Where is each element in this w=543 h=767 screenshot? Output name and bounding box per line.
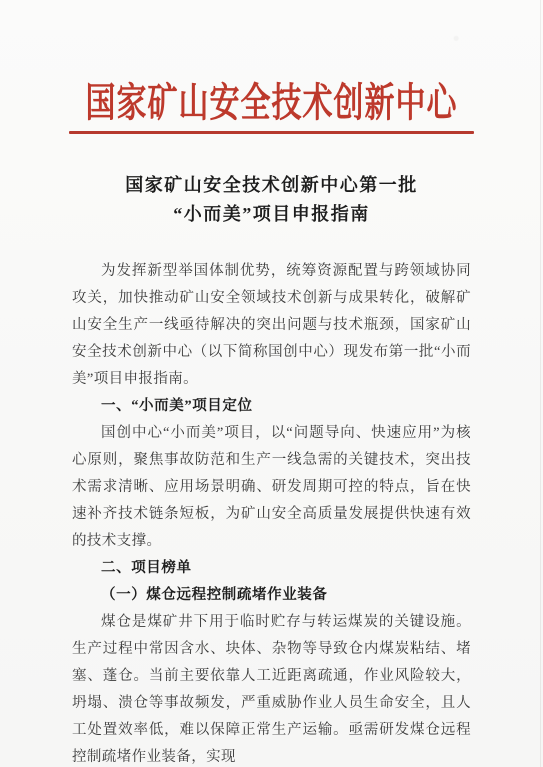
section-2-1-paragraph: 煤仓是煤矿井下用于临时贮存与转运煤炭的关键设施。生产过程中常因含水、块体、杂物等… — [72, 609, 471, 767]
document-title-line1: 国家矿山安全技术创新中心第一批 — [0, 171, 543, 200]
document-title-line2: “小而美”项目申报指南 — [0, 200, 543, 229]
section-1-paragraph: 国创中心“小而美”项目，以“问题导向、快速应用”为核心原则，聚焦事故防范和生产一… — [72, 420, 471, 555]
letterhead: 国家矿山安全技术创新中心 — [0, 0, 543, 134]
section-2-1-heading: （一）煤仓远程控制疏堵作业装备 — [72, 582, 471, 609]
section-2-heading: 二、项目榜单 — [72, 555, 471, 582]
document-title: 国家矿山安全技术创新中心第一批 “小而美”项目申报指南 — [0, 171, 543, 229]
intro-paragraph: 为发挥新型举国体制优势，统筹资源配置与跨领域协同攻关，加快推动矿山安全领域技术创… — [72, 258, 471, 393]
scanned-document-page: 国家矿山安全技术创新中心 国家矿山安全技术创新中心第一批 “小而美”项目申报指南… — [0, 0, 543, 767]
document-body: 为发挥新型举国体制优势，统筹资源配置与跨领域协同攻关，加快推动矿山安全领域技术创… — [72, 258, 471, 767]
letterhead-org-name: 国家矿山安全技术创新中心 — [0, 75, 543, 133]
section-1-heading: 一、“小而美”项目定位 — [72, 393, 471, 420]
